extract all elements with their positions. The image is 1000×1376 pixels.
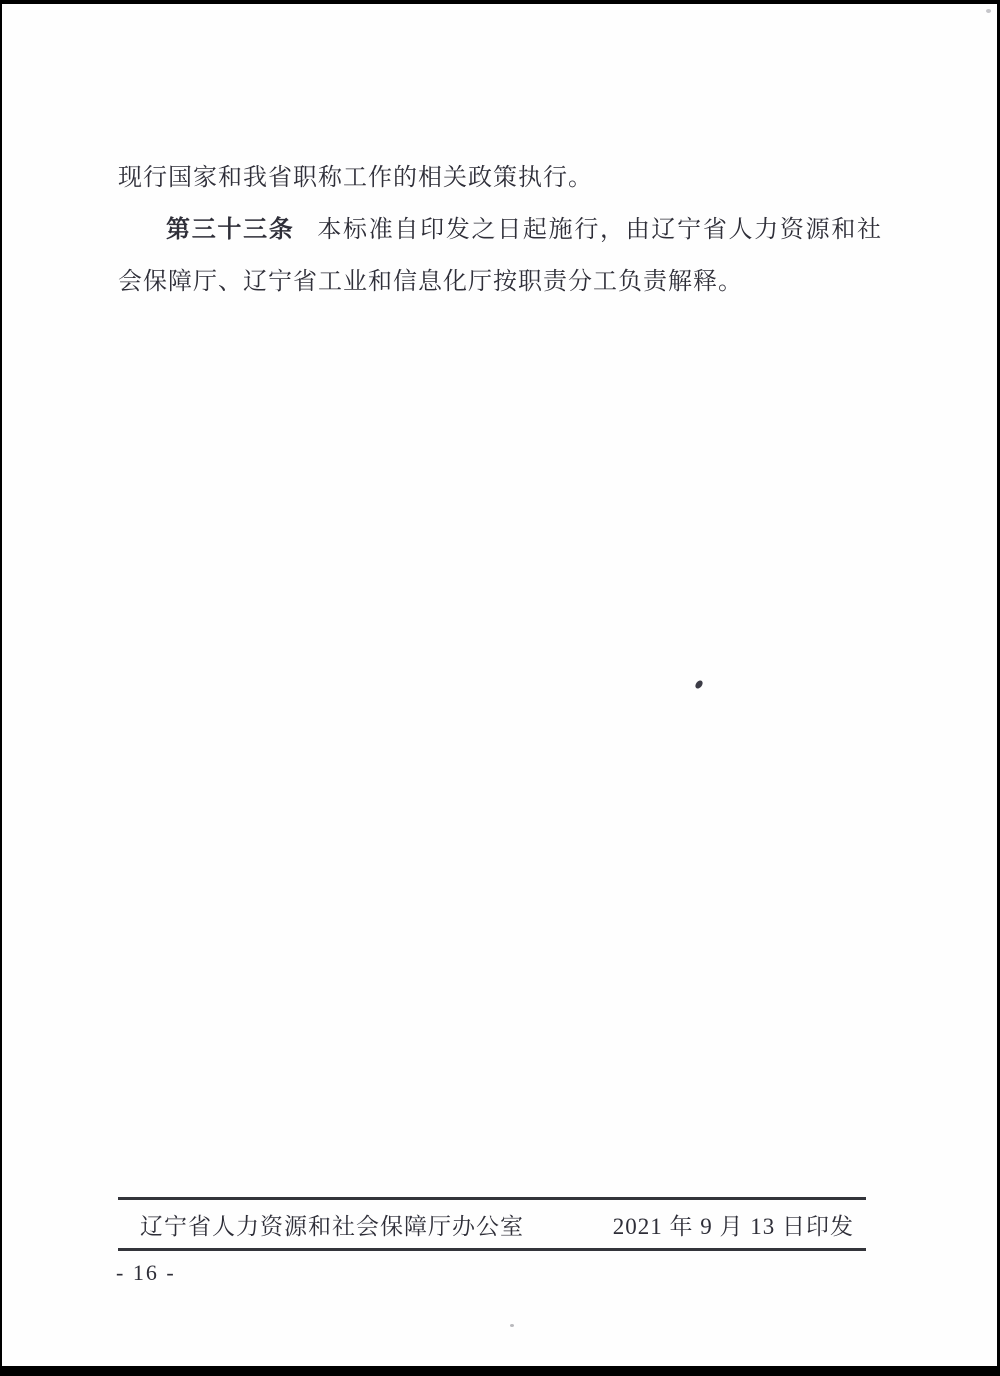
scanned-document-page: 现行国家和我省职称工作的相关政策执行。 第三十三条本标准自印发之日起施行，由辽宁…	[0, 0, 1000, 1376]
article-number-heading: 第三十三条	[166, 217, 295, 243]
ink-speck	[510, 1324, 514, 1327]
footer-bottom-rule	[118, 1248, 866, 1251]
document-footer: 辽宁省人力资源和社会保障厅办公室 2021 年 9 月 13 日印发	[118, 1197, 866, 1251]
ink-speck	[986, 9, 991, 13]
paragraph-article-33: 第三十三条本标准自印发之日起施行，由辽宁省人力资源和社会保障厅、辽宁省工业和信息…	[118, 204, 882, 308]
paragraph-continued: 现行国家和我省职称工作的相关政策执行。	[118, 152, 882, 204]
footer-print-date: 2021 年 9 月 13 日印发	[613, 1208, 854, 1241]
document-body: 现行国家和我省职称工作的相关政策执行。 第三十三条本标准自印发之日起施行，由辽宁…	[118, 152, 882, 308]
footer-row: 辽宁省人力资源和社会保障厅办公室 2021 年 9 月 13 日印发	[118, 1200, 866, 1248]
footer-issuing-office: 辽宁省人力资源和社会保障厅办公室	[140, 1208, 524, 1241]
page-number: - 16 -	[116, 1260, 176, 1286]
ink-speck	[694, 679, 704, 690]
